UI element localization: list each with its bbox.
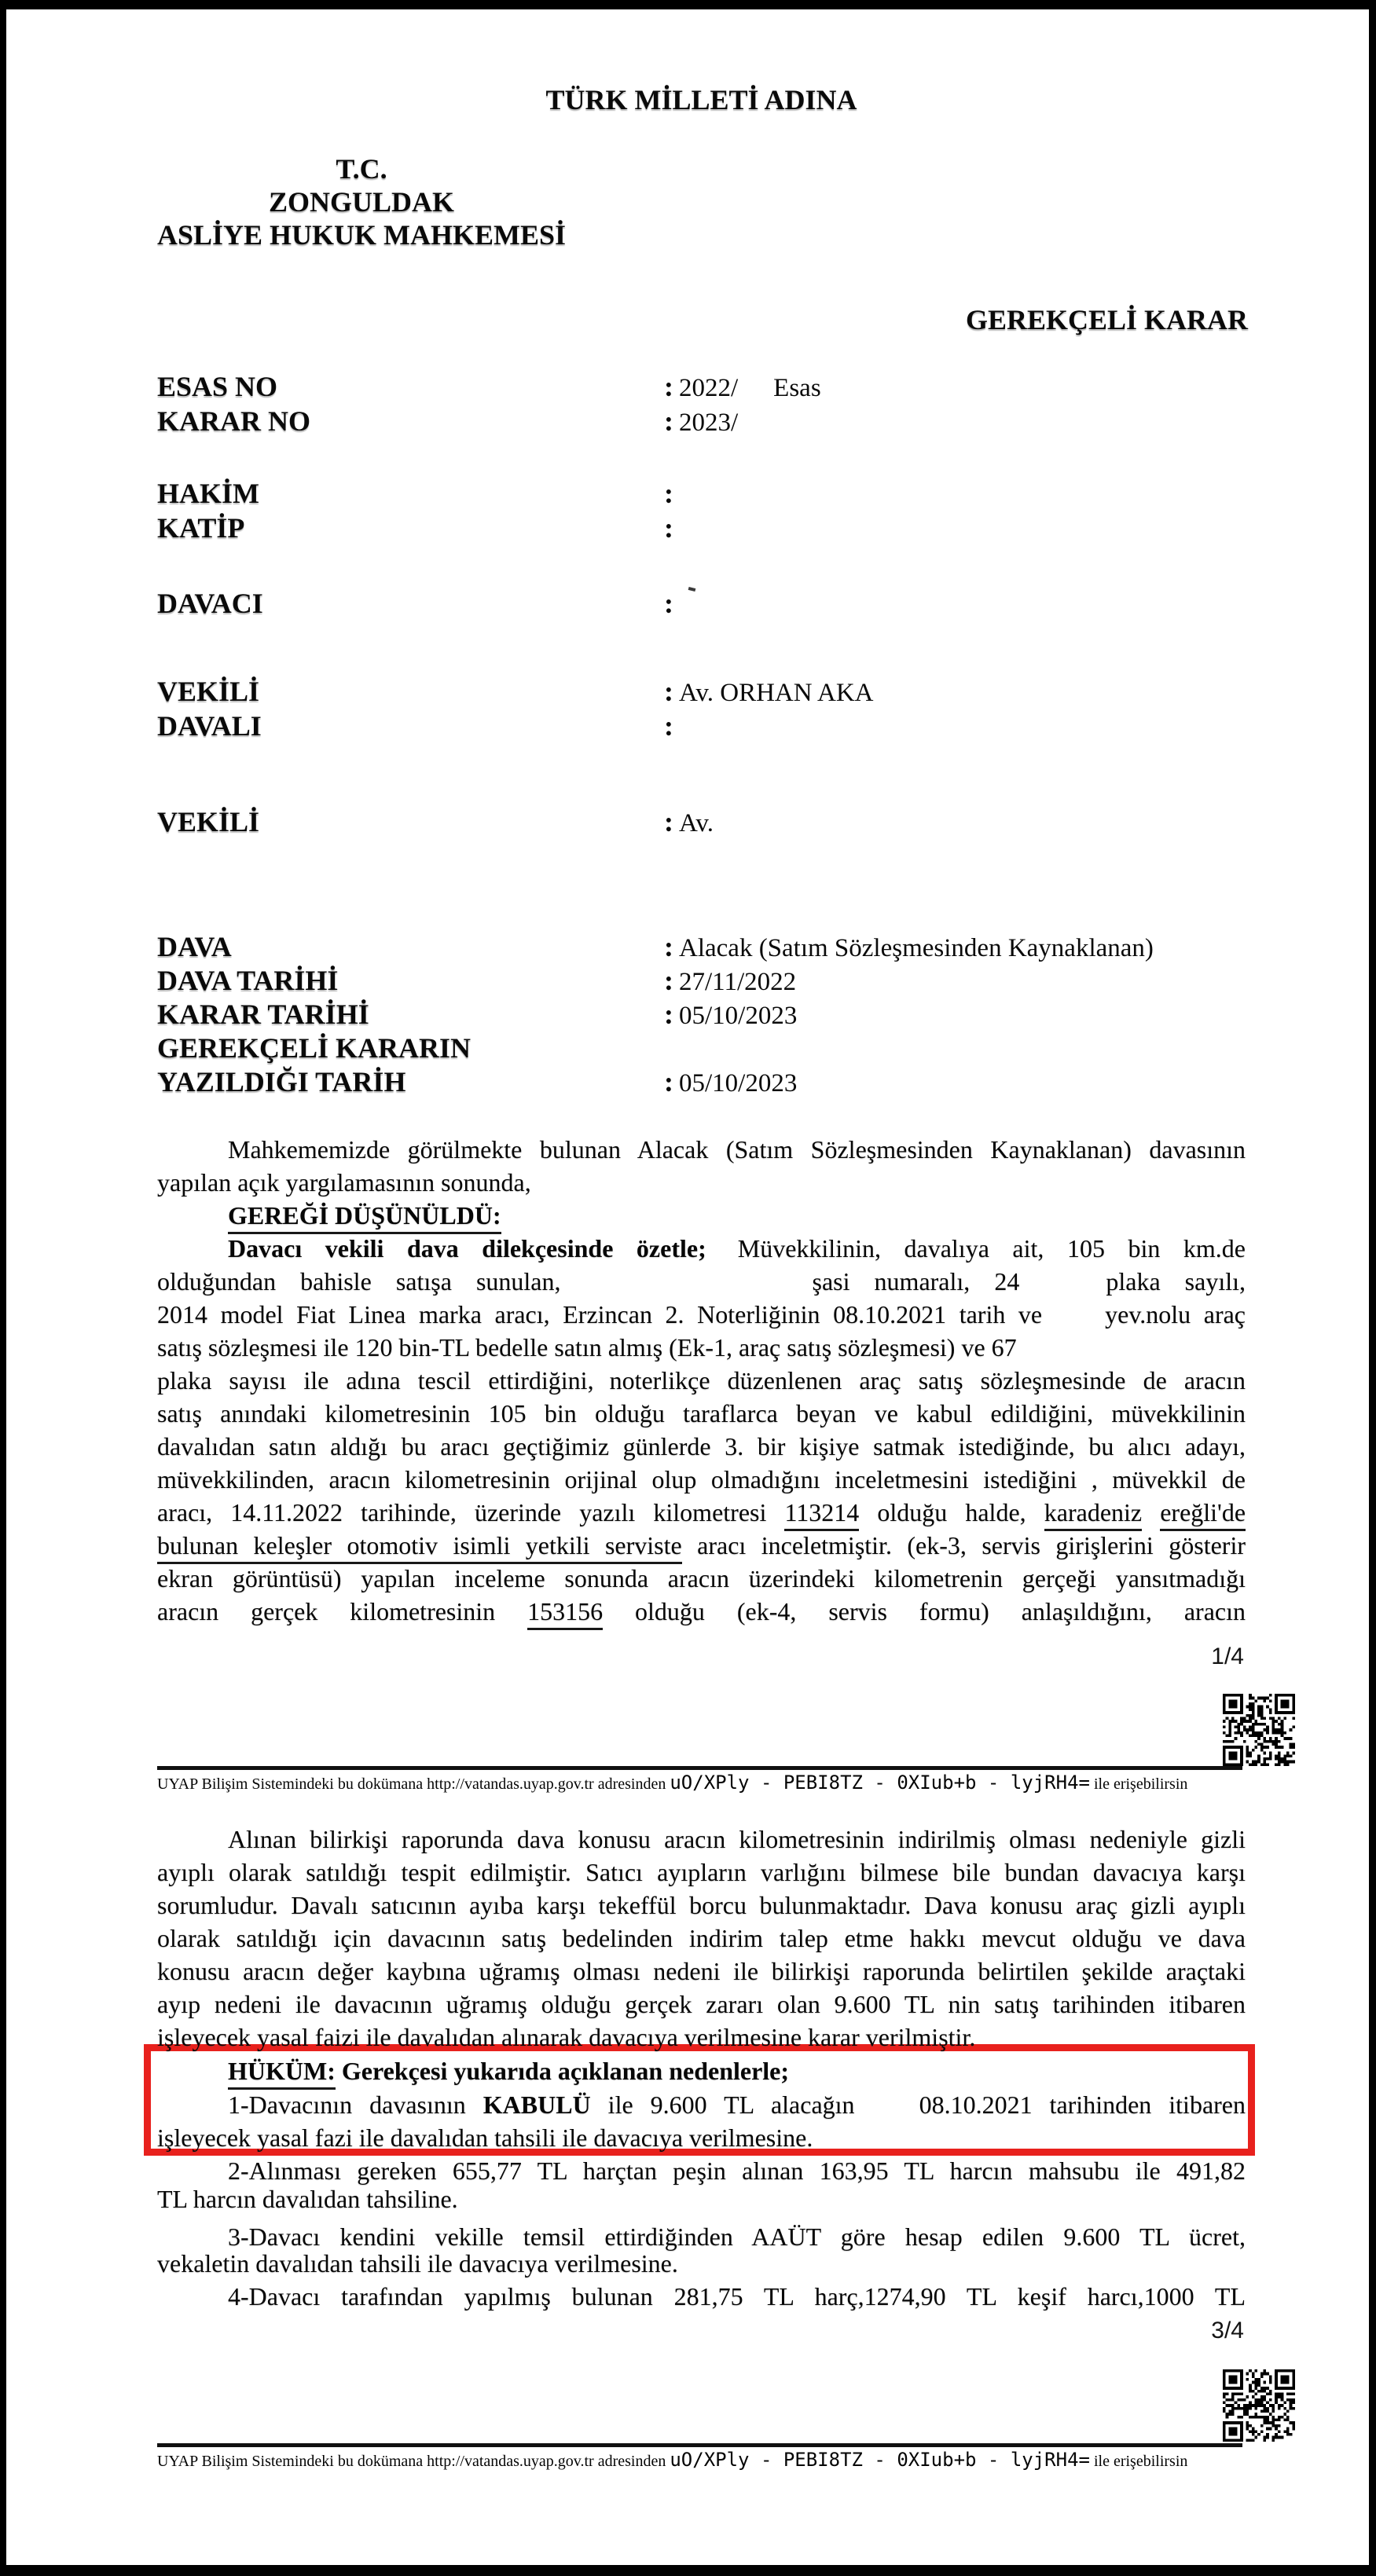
underlined-text: 113214 (784, 1498, 859, 1531)
underlined-text: GEREĞİ DÜŞÜNÜLDÜ: (228, 1201, 501, 1234)
field-label: DAVA (157, 931, 232, 962)
field-value: 05/10/2023 (679, 999, 797, 1033)
field-colon: : (664, 929, 673, 964)
body-line: ayıplı olarak satıldığı tespit edilmişti… (157, 1856, 1246, 1889)
court-line-name: ASLİYE HUKUK MAHKEMESİ (149, 218, 574, 251)
text-segment: aracın gerçek kilometresinin (157, 1597, 527, 1625)
field-value: 2023/ (679, 405, 738, 440)
field-colon: : (664, 511, 673, 545)
body-line: 4-Davacı tarafından yapılmış bulunan 281… (157, 2280, 1246, 2313)
scan-border-top (0, 0, 1376, 9)
text-segment: yapılan açık yargılamasının sonunda, (157, 1168, 531, 1196)
uyap-footer-suffix: ile erişebilirsin (1094, 2453, 1187, 2470)
text-segment (1142, 1498, 1160, 1526)
text-segment: yev.nolu araç (1105, 1300, 1246, 1328)
field-label: ESAS NO (157, 371, 277, 402)
text-segment: şasi numaralı, 24 (813, 1267, 1020, 1295)
text-segment: davalıdan satın aldığı bu aracı geçtiğim… (157, 1432, 1246, 1460)
body-line: Davacı vekili dava dilekçesinde özetle;M… (157, 1232, 1246, 1265)
in-the-name-of-title: TÜRK MİLLETİ ADINA (157, 83, 1246, 116)
field-colon: : (664, 1064, 673, 1099)
scan-border-left (0, 0, 6, 2576)
field-colon: : (664, 586, 673, 621)
court-line-city: ZONGULDAK (149, 185, 574, 218)
body-line: olarak satıldığı için davacının satış be… (157, 1922, 1246, 1955)
text-segment: Av. (679, 809, 714, 837)
field-colon: : (664, 804, 673, 839)
uyap-footer-prefix: UYAP Bilişim Sistemindeki bu dokümana ht… (157, 1775, 666, 1793)
case-field-row: DAVA TARİHİ:27/11/2022 (157, 963, 1253, 998)
text-segment: satış sözleşmesi ile 120 bin-TL bedelle … (157, 1333, 1017, 1361)
underlined-text: HÜKÜM: (228, 2057, 336, 2090)
body-line: satış anındaki kilometresinin 105 bin ol… (157, 1397, 1246, 1430)
text-segment: 05/10/2023 (679, 1069, 797, 1097)
uyap-access-code: uO/XPly - PEBI8TZ - 0XIub+b - lyjRH4= (670, 2449, 1090, 2471)
text-segment: ayıplı olarak satıldığı tespit edilmişti… (157, 1858, 1246, 1886)
case-field-row: KARAR TARİHİ:05/10/2023 (157, 997, 1253, 1031)
case-field-row: YAZILDIĞI TARİH:05/10/2023 (157, 1064, 1253, 1099)
field-label: GEREKÇELİ KARARIN (157, 1032, 471, 1064)
scan-border-bottom (0, 2565, 1376, 2576)
field-value: Av. ORHAN AKA (679, 676, 874, 710)
field-label: DAVACI (157, 588, 263, 619)
text-segment: sorumludur. Davalı satıcının ayıba karşı… (157, 1891, 1246, 1919)
text-segment: noterlikçe düzenlenen araç satış sözleşm… (610, 1366, 1246, 1394)
redacted-gap (706, 1252, 738, 1257)
body-line: HÜKÜM: Gerekçesi yukarıda açıklanan nede… (157, 2054, 1246, 2087)
text-segment: işleyecek yasal faizi ile davalıdan alın… (157, 2023, 975, 2051)
body-line: Mahkememizde görülmekte bulunan Alacak (… (157, 1133, 1246, 1166)
case-field-row: HAKİM: (157, 476, 1253, 511)
text-segment: Esas (773, 374, 821, 402)
qr-code (1223, 1694, 1295, 1766)
text-segment: aracı, 14.11.2022 tarihinde, üzerinde ya… (157, 1498, 784, 1526)
qr-code (1223, 2369, 1295, 2442)
body-line: sorumludur. Davalı satıcının ayıba karşı… (157, 1889, 1246, 1922)
body-line: aracı, 14.11.2022 tarihinde, üzerinde ya… (157, 1496, 1246, 1529)
redacted-gap (561, 1285, 813, 1290)
page-number-2: 3/4 (1211, 2318, 1244, 2344)
redacted-gap (872, 2109, 919, 2113)
body-line: davalıdan satın aldığı bu aracı geçtiğim… (157, 1430, 1246, 1463)
bold-text: Davacı vekili dava dilekçesinde özetle; (228, 1234, 706, 1262)
text-segment: olduğu (ek-4, servis formu) anlaşıldığın… (603, 1597, 1246, 1625)
uyap-access-code: uO/XPly - PEBI8TZ - 0XIub+b - lyjRH4= (670, 1772, 1090, 1794)
case-field-row: DAVA:Alacak (Satım Sözleşmesinden Kaynak… (157, 929, 1253, 964)
underlined-text: 153156 (527, 1597, 603, 1630)
text-segment: olarak satıldığı için davacının satış be… (157, 1924, 1246, 1952)
field-colon: : (664, 476, 673, 511)
text-segment: Alınan bilirkişi raporunda dava konusu a… (228, 1825, 1246, 1853)
text-segment: 1-Davacının davasının (228, 2090, 483, 2119)
uyap-footer-suffix: ile erişebilirsin (1094, 1775, 1187, 1793)
body-line: ekran görüntüsü) yapılan inceleme sonund… (157, 1562, 1246, 1595)
body-line: müvekkilinden, aracın kilometresinin ori… (157, 1463, 1246, 1496)
text-segment: olduğundan bahisle satışa sunulan, (157, 1267, 561, 1295)
footer-rule (157, 2443, 1242, 2447)
text-segment: vekaletin davalıdan tahsili ile davacıya… (157, 2249, 678, 2277)
text-segment: 27/11/2022 (679, 968, 796, 996)
case-field-row: KATİP: (157, 511, 1253, 545)
body-line: konusu aracın değer kaybına uğramış olma… (157, 1955, 1246, 1988)
text-segment: işleyecek yasal fazi ile davalıdan tahsi… (157, 2123, 813, 2152)
text-segment: plaka sayısı ile adına tescil ettirdiğin… (157, 1366, 594, 1394)
case-field-row: DAVALI: (157, 709, 1253, 743)
field-colon: : (664, 963, 673, 998)
field-value: Av. (679, 806, 714, 841)
body-line: satış sözleşmesi ile 120 bin-TL bedelle … (157, 1331, 1246, 1364)
text-segment: Müvekkilinin, davalıya ait, 105 bin km.d… (738, 1234, 1246, 1262)
body-line: bulunan keleşler otomotiv isimli yetkili… (157, 1529, 1246, 1562)
text-segment: müvekkilinden, aracın kilometresinin ori… (157, 1465, 1246, 1493)
field-value: Alacak (Satım Sözleşmesinden Kaynaklanan… (679, 931, 1154, 966)
underlined-text: bulunan keleşler otomotiv isimli yetkili… (157, 1531, 682, 1564)
body-line: 1-Davacının davasının KABULÜ ile 9.600 T… (157, 2088, 1246, 2121)
text-segment: aracı inceletmiştir. (ek-3, servis giriş… (682, 1531, 1246, 1559)
text-segment: Alacak (Satım Sözleşmesinden Kaynaklanan… (679, 934, 1154, 962)
field-label: HAKİM (157, 478, 259, 509)
case-field-row: ESAS NO:2022/Esas (157, 369, 1253, 404)
body-line: yapılan açık yargılamasının sonunda, (157, 1166, 1246, 1199)
court-line-tc: T.C. (149, 152, 574, 185)
case-field-row: KARAR NO:2023/ (157, 404, 1253, 438)
text-segment: Mahkememizde görülmekte bulunan Alacak (… (228, 1135, 1246, 1163)
redacted-gap (1042, 1318, 1105, 1323)
field-label: KARAR TARİHİ (157, 999, 369, 1030)
text-segment: 08.10.2021 tarihinden itibaren (919, 2090, 1246, 2119)
body-line: Alınan bilirkişi raporunda dava konusu a… (157, 1823, 1246, 1856)
bold-text: KABULÜ (483, 2090, 591, 2119)
uyap-footer: UYAP Bilişim Sistemindeki bu dokümana ht… (157, 1772, 1312, 1794)
field-label: DAVA TARİHİ (157, 965, 338, 996)
text-segment: TL harcın davalıdan tahsiline. (157, 2185, 458, 2213)
text-segment: plaka sayılı, (1106, 1267, 1246, 1295)
body-line: vekaletin davalıdan tahsili ile davacıya… (157, 2247, 1246, 2280)
text-segment: ayıp nedeni ile davacının uğramış olduğu… (157, 1990, 1246, 2018)
scan-border-right (1369, 0, 1376, 2576)
text-segment: 2023/ (679, 409, 738, 437)
body-line: olduğundan bahisle satışa sunulan,şasi n… (157, 1265, 1246, 1298)
redacted-gap (738, 391, 773, 396)
field-label: DAVALI (157, 710, 262, 742)
field-label: KARAR NO (157, 405, 310, 437)
body-line: GEREĞİ DÜŞÜNÜLDÜ: (157, 1199, 1246, 1232)
text-segment: satış anındaki kilometresinin 105 bin ol… (157, 1399, 1246, 1427)
case-field-row: VEKİLİ:Av. (157, 804, 1253, 839)
field-value: 27/11/2022 (679, 965, 796, 999)
case-field-row: GEREKÇELİ KARARIN (157, 1031, 1253, 1065)
underlined-text: karadeniz (1044, 1498, 1142, 1531)
body-line: aracın gerçek kilometresinin 153156 oldu… (157, 1595, 1246, 1628)
text-segment: ekran görüntüsü) yapılan inceleme sonund… (157, 1564, 1246, 1592)
document-type-heading: GEREKÇELİ KARAR (966, 303, 1248, 336)
underlined-text: ereğli'de (1160, 1498, 1246, 1531)
bold-text: Gerekçesi yukarıda açıklanan nedenlerle; (336, 2057, 789, 2085)
case-field-row: VEKİLİ:Av. ORHAN AKA (157, 674, 1253, 709)
field-label: VEKİLİ (157, 806, 259, 837)
body-line: TL harcın davalıdan tahsiline. (157, 2182, 1246, 2215)
text-segment: 2-Alınması gereken 655,77 TL harçtan peş… (228, 2156, 1246, 2185)
field-colon: : (664, 709, 673, 743)
field-colon: : (664, 997, 673, 1031)
field-value: 2022/Esas (679, 371, 821, 405)
scan-artifact (688, 587, 696, 592)
field-colon: : (664, 674, 673, 709)
text-segment: 2014 model Fiat Linea marka aracı, Erzin… (157, 1300, 1042, 1328)
uyap-footer-prefix: UYAP Bilişim Sistemindeki bu dokümana ht… (157, 2453, 666, 2470)
body-line: plaka sayısı ile adına tescil ettirdiğin… (157, 1364, 1246, 1397)
text-segment: konusu aracın değer kaybına uğramış olma… (157, 1957, 1246, 1985)
body-line: ayıp nedeni ile davacının uğramış olduğu… (157, 1988, 1246, 2021)
field-colon: : (664, 369, 673, 404)
field-label: VEKİLİ (157, 676, 259, 707)
body-line: 2014 model Fiat Linea marka aracı, Erzin… (157, 1298, 1246, 1331)
redacted-gap (594, 1384, 610, 1389)
court-decision-scan: TÜRK MİLLETİ ADINA T.C. ZONGULDAK ASLİYE… (0, 0, 1376, 2576)
redacted-gap (1019, 1285, 1106, 1290)
text-segment: 4-Davacı tarafından yapılmış bulunan 281… (228, 2282, 1246, 2310)
court-name-block: T.C. ZONGULDAK ASLİYE HUKUK MAHKEMESİ (149, 152, 574, 251)
text-segment: 05/10/2023 (679, 1002, 797, 1030)
text-segment: ile 9.600 TL alacağın (591, 2090, 872, 2119)
text-segment: Av. ORHAN AKA (679, 679, 874, 707)
text-segment: olduğu halde, (859, 1498, 1044, 1526)
field-colon: : (664, 404, 673, 438)
body-line: işleyecek yasal fazi ile davalıdan tahsi… (157, 2121, 1246, 2154)
text-segment: 2022/ (679, 374, 738, 402)
body-line: işleyecek yasal faizi ile davalıdan alın… (157, 2021, 1246, 2054)
footer-rule (157, 1766, 1242, 1770)
field-value: 05/10/2023 (679, 1066, 797, 1101)
field-label: YAZILDIĞI TARİH (157, 1066, 405, 1097)
page-number-1: 1/4 (1211, 1643, 1244, 1670)
case-field-row: DAVACI: (157, 586, 1253, 621)
field-label: KATİP (157, 512, 244, 544)
uyap-footer: UYAP Bilişim Sistemindeki bu dokümana ht… (157, 2449, 1312, 2471)
